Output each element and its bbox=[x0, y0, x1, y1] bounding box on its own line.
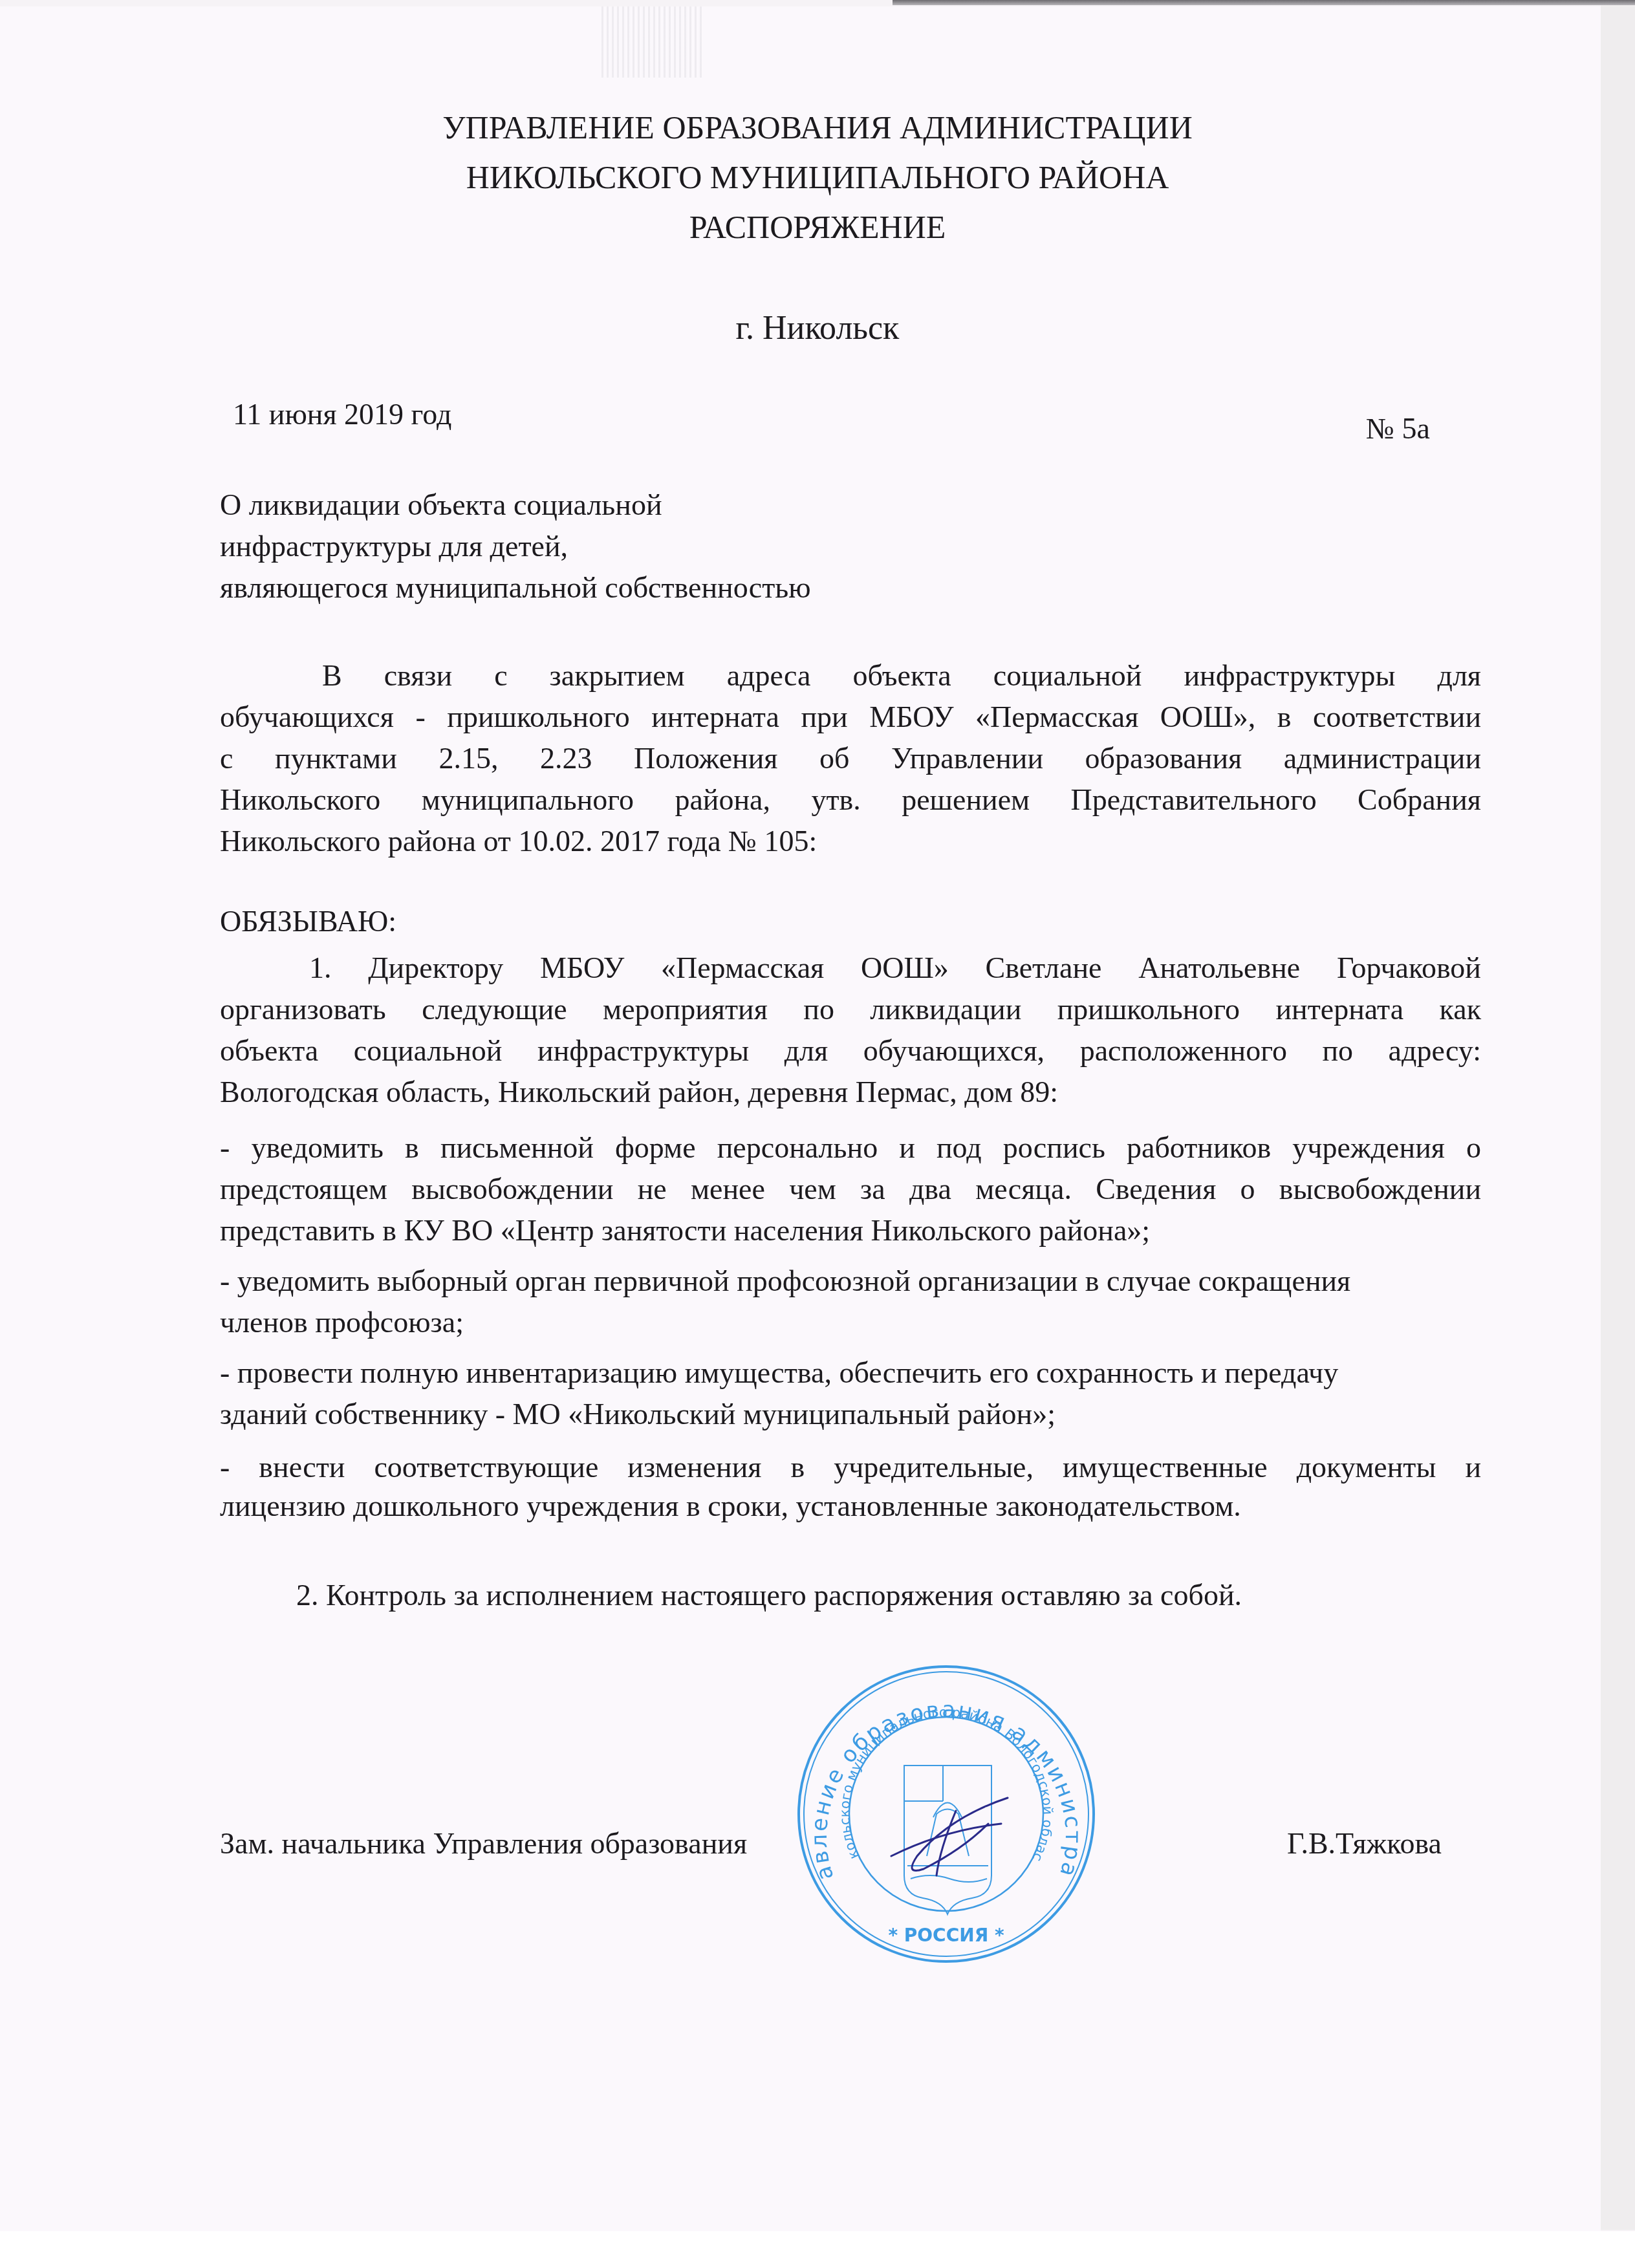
scan-edge-shadow bbox=[893, 0, 1635, 5]
item1-line: 1. Директору МБОУ «Пермасская ООШ» Светл… bbox=[309, 951, 1481, 985]
task-line: - внести соответствующие изменения в учр… bbox=[220, 1450, 1481, 1484]
task-line: представить в КУ ВО «Центр занятости нас… bbox=[220, 1213, 1481, 1247]
preamble-line: обучающихся - пришкольного интерната при… bbox=[220, 700, 1481, 734]
preamble-line: Никольского муниципального района, утв. … bbox=[220, 783, 1481, 817]
task-line: - уведомить в письменной форме персональ… bbox=[220, 1130, 1481, 1165]
scan-bottom-margin bbox=[0, 2231, 1635, 2268]
document-number: № 5а bbox=[1366, 414, 1430, 444]
directive-item-2: 2. Контроль за исполнением настоящего ра… bbox=[296, 1581, 1242, 1610]
task-line: лицензию дошкольного учреждения в сроки,… bbox=[220, 1491, 1241, 1521]
official-stamp-icon: Управление образования администрации Ник… bbox=[794, 1662, 1098, 1966]
subject-line: являющегося муниципальной собственностью bbox=[220, 573, 811, 603]
org-title-line2: НИКОЛЬСКОГО МУНИЦИПАЛЬНОГО РАЙОНА bbox=[0, 158, 1635, 196]
org-title-line1: УПРАВЛЕНИЕ ОБРАЗОВАНИЯ АДМИНИСТРАЦИИ bbox=[0, 109, 1635, 146]
document-date: 11 июня 2019 год bbox=[233, 400, 451, 429]
subject-line: О ликвидации объекта социальной bbox=[220, 490, 662, 520]
signatory-position: Зам. начальника Управления образования bbox=[220, 1829, 747, 1859]
item1-line: Вологодская область, Никольский район, д… bbox=[220, 1075, 1481, 1109]
item1-line: организовать следующие мероприятия по ли… bbox=[220, 992, 1481, 1026]
subject-line: инфраструктуры для детей, bbox=[220, 532, 568, 561]
directive-heading: ОБЯЗЫВАЮ: bbox=[220, 907, 396, 936]
city: г. Никольск bbox=[0, 309, 1635, 347]
document-type: РАСПОРЯЖЕНИЕ bbox=[0, 208, 1635, 246]
task-line: - провести полную инвентаризацию имущест… bbox=[220, 1358, 1338, 1388]
task-line: зданий собственнику - МО «Никольский мун… bbox=[220, 1399, 1056, 1429]
item1-line: объекта социальной инфраструктуры для об… bbox=[220, 1033, 1481, 1068]
task-line: предстоящем высвобождении не менее чем з… bbox=[220, 1172, 1481, 1206]
preamble-line: В связи с закрытием адреса объекта социа… bbox=[322, 658, 1481, 693]
svg-text:* РОССИЯ *: * РОССИЯ * bbox=[888, 1925, 1004, 1946]
task-line: - уведомить выборный орган первичной про… bbox=[220, 1266, 1350, 1296]
preamble-line: с пунктами 2.15, 2.23 Положения об Управ… bbox=[220, 741, 1481, 775]
signatory-name: Г.В.Тяжкова bbox=[1287, 1829, 1442, 1859]
preamble-line: Никольского района от 10.02. 2017 года №… bbox=[220, 824, 1481, 858]
scan-artifact bbox=[601, 6, 705, 78]
task-line: членов профсоюза; bbox=[220, 1308, 464, 1337]
